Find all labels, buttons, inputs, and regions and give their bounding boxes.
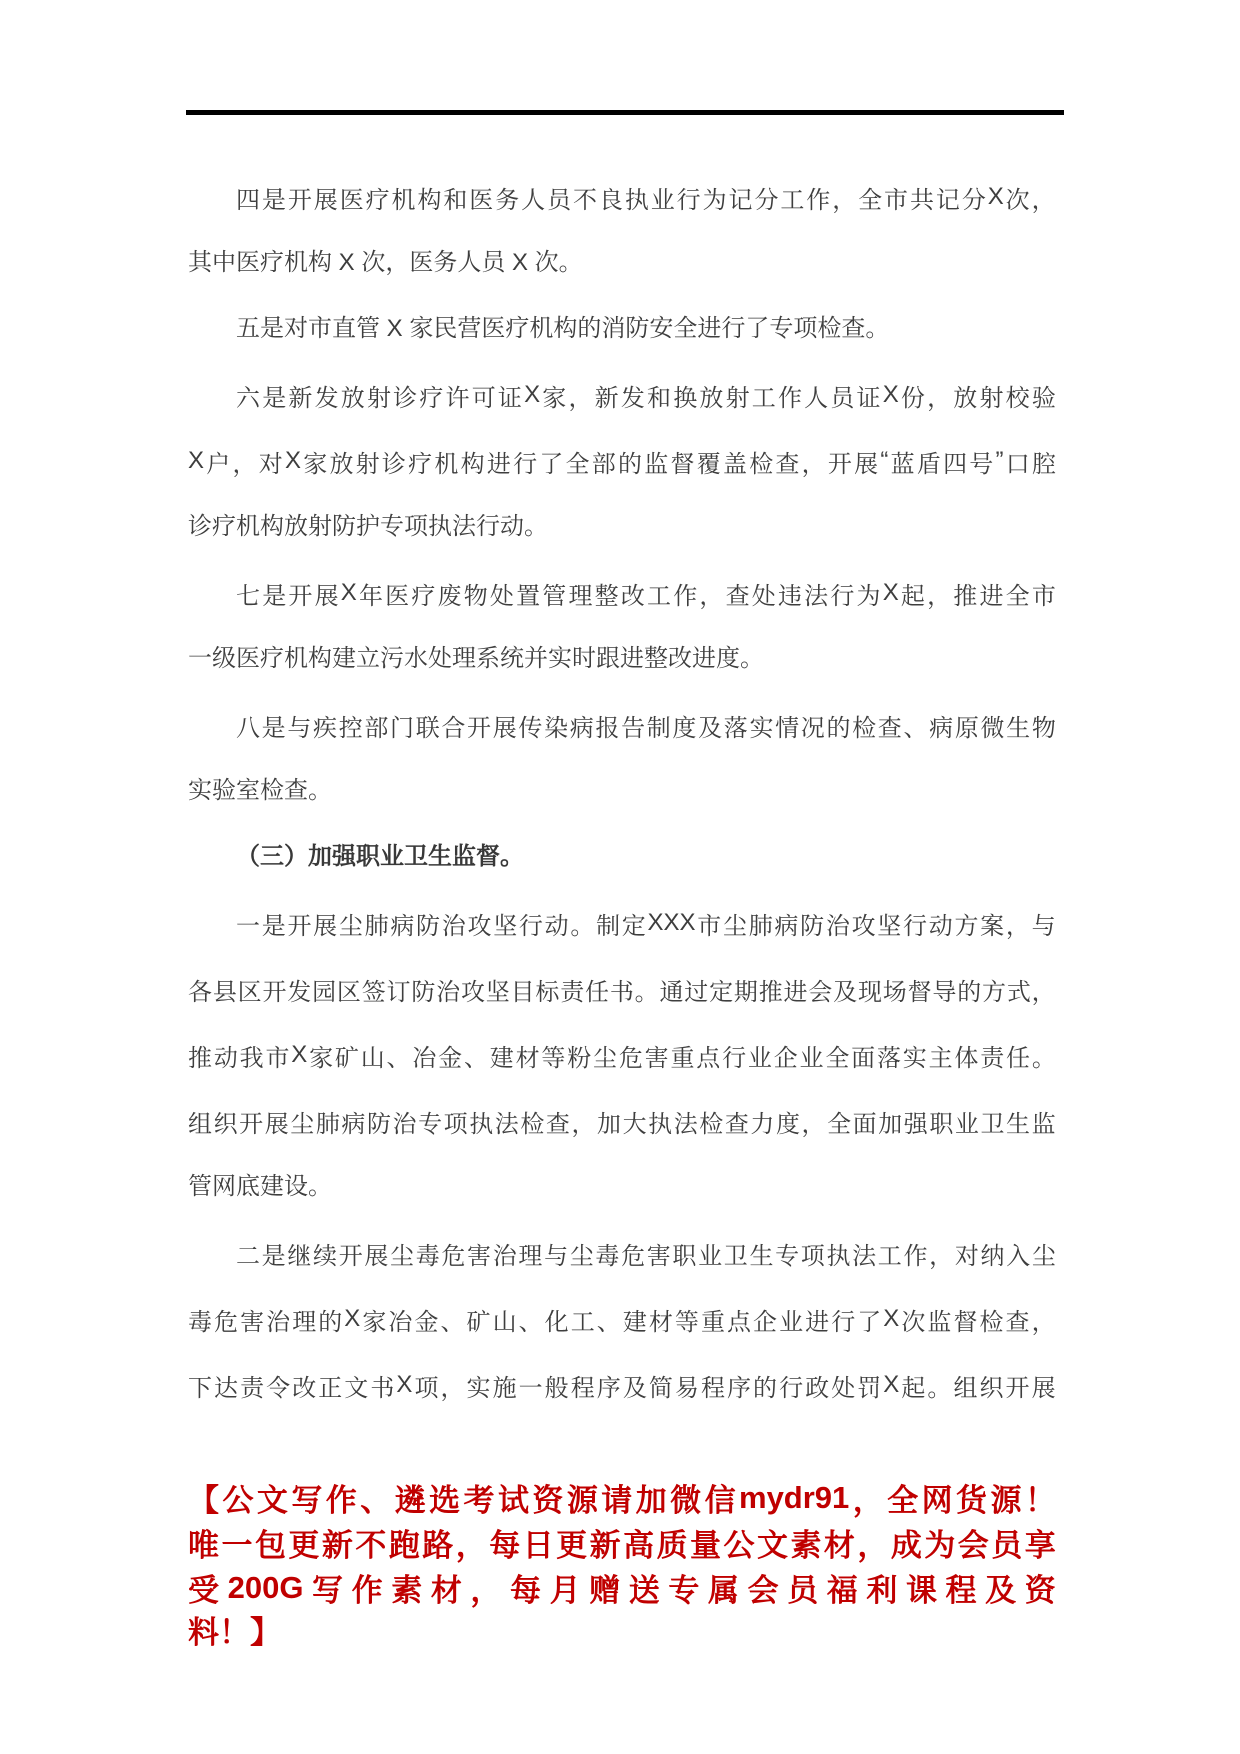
body-paragraph: 一是开展尘肺病防治攻坚行动。制定XXX市尘肺病防治攻坚行动方案，与各县区开发园区… [188, 890, 1056, 1220]
document-body: 四是开展医疗机构和医务人员不良执业行为记分工作，全市共记分X次，其中医疗机构 X… [188, 164, 1056, 1418]
body-line: X户，对X家放射诊疗机构进行了全部的监督覆盖检查，开展“蓝盾四号”口腔 [188, 428, 1056, 494]
promo-note: 【公文写作、遴选考试资源请加微信mydr91，全网货源！唯一包更新不跑路，每日更… [188, 1475, 1056, 1655]
body-line: 各县区开发园区签订防治攻坚目标责任书。通过定期推进会及现场督导的方式， [188, 956, 1056, 1022]
body-line: 二是继续开展尘毒危害治理与尘毒危害职业卫生专项执法工作，对纳入尘 [188, 1220, 1056, 1286]
body-line: 八是与疾控部门联合开展传染病报告制度及落实情况的检查、病原微生物 [188, 692, 1056, 758]
document-page: 四是开展医疗机构和医务人员不良执业行为记分工作，全市共记分X次，其中医疗机构 X… [0, 0, 1240, 1754]
body-paragraph: 四是开展医疗机构和医务人员不良执业行为记分工作，全市共记分X次，其中医疗机构 X… [188, 164, 1056, 296]
body-line: 管网底建设。 [188, 1154, 1056, 1220]
body-paragraph: 八是与疾控部门联合开展传染病报告制度及落实情况的检查、病原微生物实验室检查。 [188, 692, 1056, 824]
header-rule [186, 110, 1064, 115]
body-line: 毒危害治理的X家冶金、矿山、化工、建材等重点企业进行了X次监督检查， [188, 1286, 1056, 1352]
promo-line: 【公文写作、遴选考试资源请加微信mydr91，全网货源！ [188, 1475, 1056, 1520]
body-line: 实验室检查。 [188, 758, 1056, 824]
body-line: 一是开展尘肺病防治攻坚行动。制定XXX市尘肺病防治攻坚行动方案，与 [188, 890, 1056, 956]
body-line: 六是新发放射诊疗许可证X家，新发和换放射工作人员证X份，放射校验 [188, 362, 1056, 428]
body-line: 其中医疗机构 X 次，医务人员 X 次。 [188, 230, 1056, 296]
body-line: （三）加强职业卫生监督。 [188, 824, 1056, 890]
promo-line: 唯一包更新不跑路，每日更新高质量公文素材，成为会员享 [188, 1520, 1056, 1565]
body-line: 五是对市直管 X 家民营医疗机构的消防安全进行了专项检查。 [188, 296, 1056, 362]
body-line: 七是开展X年医疗废物处置管理整改工作，查处违法行为X起，推进全市 [188, 560, 1056, 626]
body-paragraph: 五是对市直管 X 家民营医疗机构的消防安全进行了专项检查。 [188, 296, 1056, 362]
body-line: 下达责令改正文书X项，实施一般程序及简易程序的行政处罚X起。组织开展 [188, 1352, 1056, 1418]
body-paragraph: 二是继续开展尘毒危害治理与尘毒危害职业卫生专项执法工作，对纳入尘毒危害治理的X家… [188, 1220, 1056, 1418]
body-paragraph: 六是新发放射诊疗许可证X家，新发和换放射工作人员证X份，放射校验X户，对X家放射… [188, 362, 1056, 560]
section-heading: （三）加强职业卫生监督。 [188, 824, 1056, 890]
body-line: 一级医疗机构建立污水处理系统并实时跟进整改进度。 [188, 626, 1056, 692]
promo-line: 受200G写作素材，每月赠送专属会员福利课程及资 [188, 1565, 1056, 1610]
body-line: 四是开展医疗机构和医务人员不良执业行为记分工作，全市共记分X次， [188, 164, 1056, 230]
promo-line: 料！】 [188, 1610, 1056, 1655]
body-line: 组织开展尘肺病防治专项执法检查，加大执法检查力度，全面加强职业卫生监 [188, 1088, 1056, 1154]
body-paragraph: 七是开展X年医疗废物处置管理整改工作，查处违法行为X起，推进全市一级医疗机构建立… [188, 560, 1056, 692]
body-line: 推动我市X家矿山、冶金、建材等粉尘危害重点行业企业全面落实主体责任。 [188, 1022, 1056, 1088]
body-line: 诊疗机构放射防护专项执法行动。 [188, 494, 1056, 560]
